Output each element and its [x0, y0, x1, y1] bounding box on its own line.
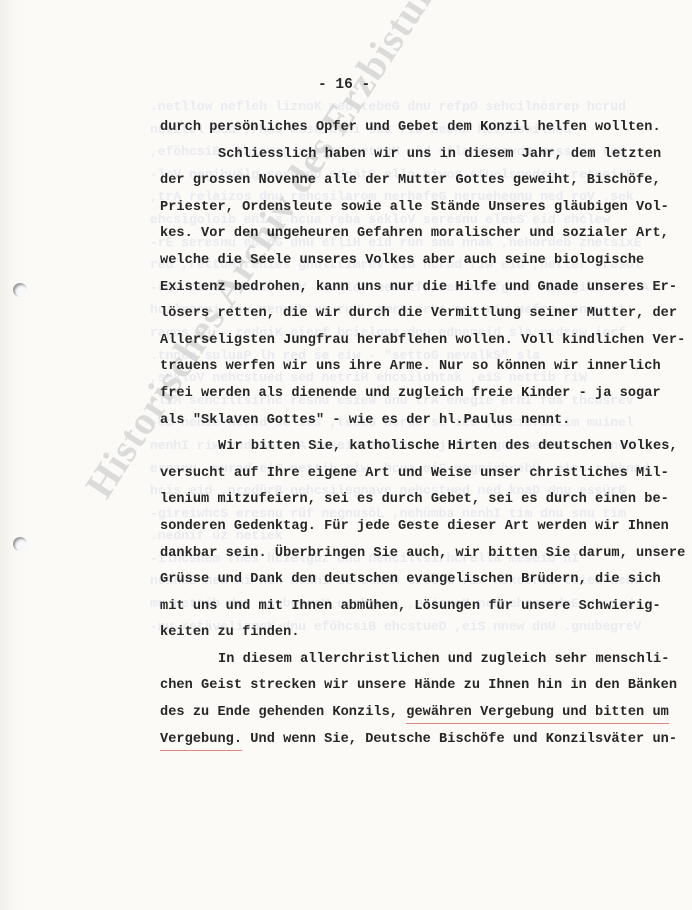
text-line: Wir bitten Sie, katholische Hirten des d… [160, 437, 630, 464]
punch-hole-icon [13, 537, 27, 551]
text-line: kes. Vor den ungeheuren Gefahren moralis… [160, 224, 630, 251]
text-line: frei werden als dienende und zugleich fr… [160, 384, 630, 411]
text-line: Priester, Ordensleute sowie alle Stände … [160, 198, 630, 225]
text-line: des zu Ende gehenden Konzils, gewähren V… [160, 703, 630, 730]
text-line: trauens werfen wir uns ihre Arme. Nur so… [160, 357, 630, 384]
text-line: als "Sklaven Gottes" - wie es der hl.Pau… [160, 411, 630, 438]
text-line: Schliesslich haben wir uns in diesem Jah… [160, 145, 630, 172]
text-line: In diesem allerchristlichen und zugleich… [160, 650, 630, 677]
text-line: Allerseligsten Jungfrau herabflehen woll… [160, 331, 630, 358]
text-line: Existenz bedrohen, kann uns nur die Hilf… [160, 278, 630, 305]
text-line: Grüsse und Dank den deutschen evangelisc… [160, 570, 630, 597]
paragraph: durch persönliches Opfer und Gebet dem K… [160, 118, 630, 145]
text-line: durch persönliches Opfer und Gebet dem K… [160, 118, 630, 145]
text-line: chen Geist strecken wir unsere Hände zu … [160, 676, 630, 703]
text-line: lösers retten, die wir durch die Vermitt… [160, 304, 630, 331]
paragraph: Schliesslich haben wir uns in diesem Jah… [160, 145, 630, 438]
paragraph: In diesem allerchristlichen und zugleich… [160, 650, 630, 756]
text-line: keiten zu finden. [160, 623, 630, 650]
text-line: welche die Seele unseres Volkes aber auc… [160, 251, 630, 278]
document-page: .netllow nefleh liznoK med tebeG dnu ref… [0, 0, 692, 910]
punch-hole-icon [13, 283, 27, 297]
document-body: durch persönliches Opfer und Gebet dem K… [160, 118, 630, 756]
text-line: Vergebung. Und wenn Sie, Deutsche Bischö… [160, 730, 630, 757]
text-line: dankbar sein. Überbringen Sie auch, wir … [160, 544, 630, 571]
text-line: mit uns und mit Ihnen abmühen, Lösungen … [160, 597, 630, 624]
text-line: versucht auf Ihre eigene Art und Weise u… [160, 464, 630, 491]
paragraph: Wir bitten Sie, katholische Hirten des d… [160, 437, 630, 650]
red-pencil-underline: gewähren Vergebung und bitten um [406, 705, 669, 724]
text-line: der grossen Novenne alle der Mutter Gott… [160, 171, 630, 198]
text-line: sonderen Gedenktag. Für jede Geste diese… [160, 517, 630, 544]
page-number: - 16 - [318, 77, 370, 93]
text-line: lenium mitzufeiern, sei es durch Gebet, … [160, 490, 630, 517]
red-pencil-underline: Vergebung. [160, 732, 242, 751]
